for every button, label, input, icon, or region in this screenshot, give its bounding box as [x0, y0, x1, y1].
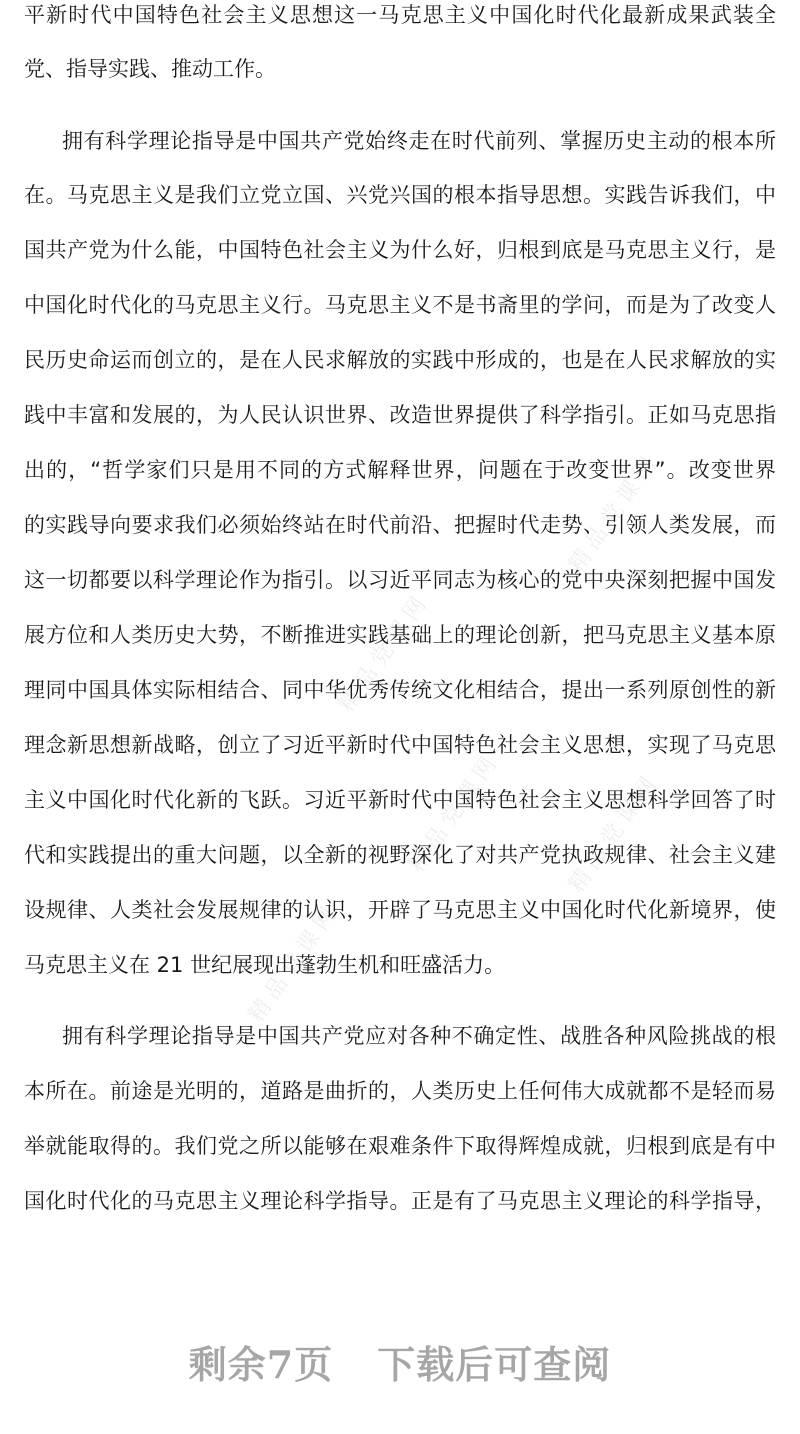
text-line: 国化时代化的马克思主义理论科学指导。正是有了马克思主义理论的科学指导， [24, 1188, 776, 1214]
text-line: 理同中国具体实际相结合、同中华优秀传统文化相结合，提出一系列原创性的新 [24, 677, 776, 703]
text-line: 主义中国化时代化新的飞跃。习近平新时代中国特色社会主义思想科学回答了时 [24, 787, 776, 813]
document-page: 精品党课网 精品党课网 精品党课网 精品党课网 精品党课网 平新时代中国特色社会… [0, 0, 800, 1434]
text-line: 的实践导向要求我们必须始终站在时代前沿、把握时代走势、引领人类发展，而 [24, 512, 776, 538]
text-line: 平新时代中国特色社会主义思想这一马克思主义中国化时代化最新成果武装全 [24, 2, 776, 28]
text-line: 国共产党为什么能，中国特色社会主义为什么好，归根到底是马克思主义行，是 [24, 237, 776, 263]
watermark: 精品党课网 [560, 765, 666, 897]
text-line: 出的，“哲学家们只是用不同的方式解释世界，问题在于改变世界”。改变世界 [24, 457, 776, 483]
text-line: 拥有科学理论指导是中国共产党始终走在时代前列、掌握历史主动的根本所 [62, 128, 776, 154]
text-line: 代和实践提出的重大问题，以全新的视野深化了对共产党执政规律、社会主义建 [24, 842, 776, 868]
text-line: 拥有科学理论指导是中国共产党应对各种不确定性、战胜各种风险挑战的根 [62, 1023, 776, 1049]
text-line: 在。马克思主义是我们立党立国、兴党兴国的根本指导思想。实践告诉我们，中 [24, 182, 776, 208]
download-to-view-label[interactable]: 下载后可查阅 [377, 1342, 611, 1387]
text-line: 中国化时代化的马克思主义行。马克思主义不是书斋里的学问，而是为了改变人 [24, 292, 776, 318]
text-line: 举就能取得的。我们党之所以能够在艰难条件下取得辉煌成就，归根到底是有中 [24, 1133, 776, 1159]
text-line: 设规律、人类社会发展规律的认识，开辟了马克思主义中国化时代化新境界，使 [24, 897, 776, 923]
text-line: 展方位和人类历史大势，不断推进实践基础上的理论创新，把马克思主义基本原 [24, 622, 776, 648]
text-line: 本所在。前途是光明的，道路是曲折的，人类历史上任何伟大成就都不是轻而易 [24, 1078, 776, 1104]
text-line: 党、指导实践、推动工作。 [24, 56, 776, 82]
text-line: 这一切都要以科学理论作为指引。以习近平同志为核心的党中央深刻把握中国发 [24, 567, 776, 593]
text-line: 民历史命运而创立的，是在人民求解放的实践中形成的，也是在人民求解放的实 [24, 347, 776, 373]
download-more-banner[interactable]: 剩余7页下载后可查阅 [0, 1334, 800, 1389]
text-line: 马克思主义在 21 世纪展现出蓬勃生机和旺盛活力。 [24, 952, 776, 978]
text-line: 践中丰富和发展的，为人民认识世界、改造世界提供了科学指引。正如马克思指 [24, 402, 776, 428]
text-line: 理念新思想新战略，创立了习近平新时代中国特色社会主义思想，实现了马克思 [24, 732, 776, 758]
remaining-pages-label: 剩余7页 [189, 1342, 333, 1387]
